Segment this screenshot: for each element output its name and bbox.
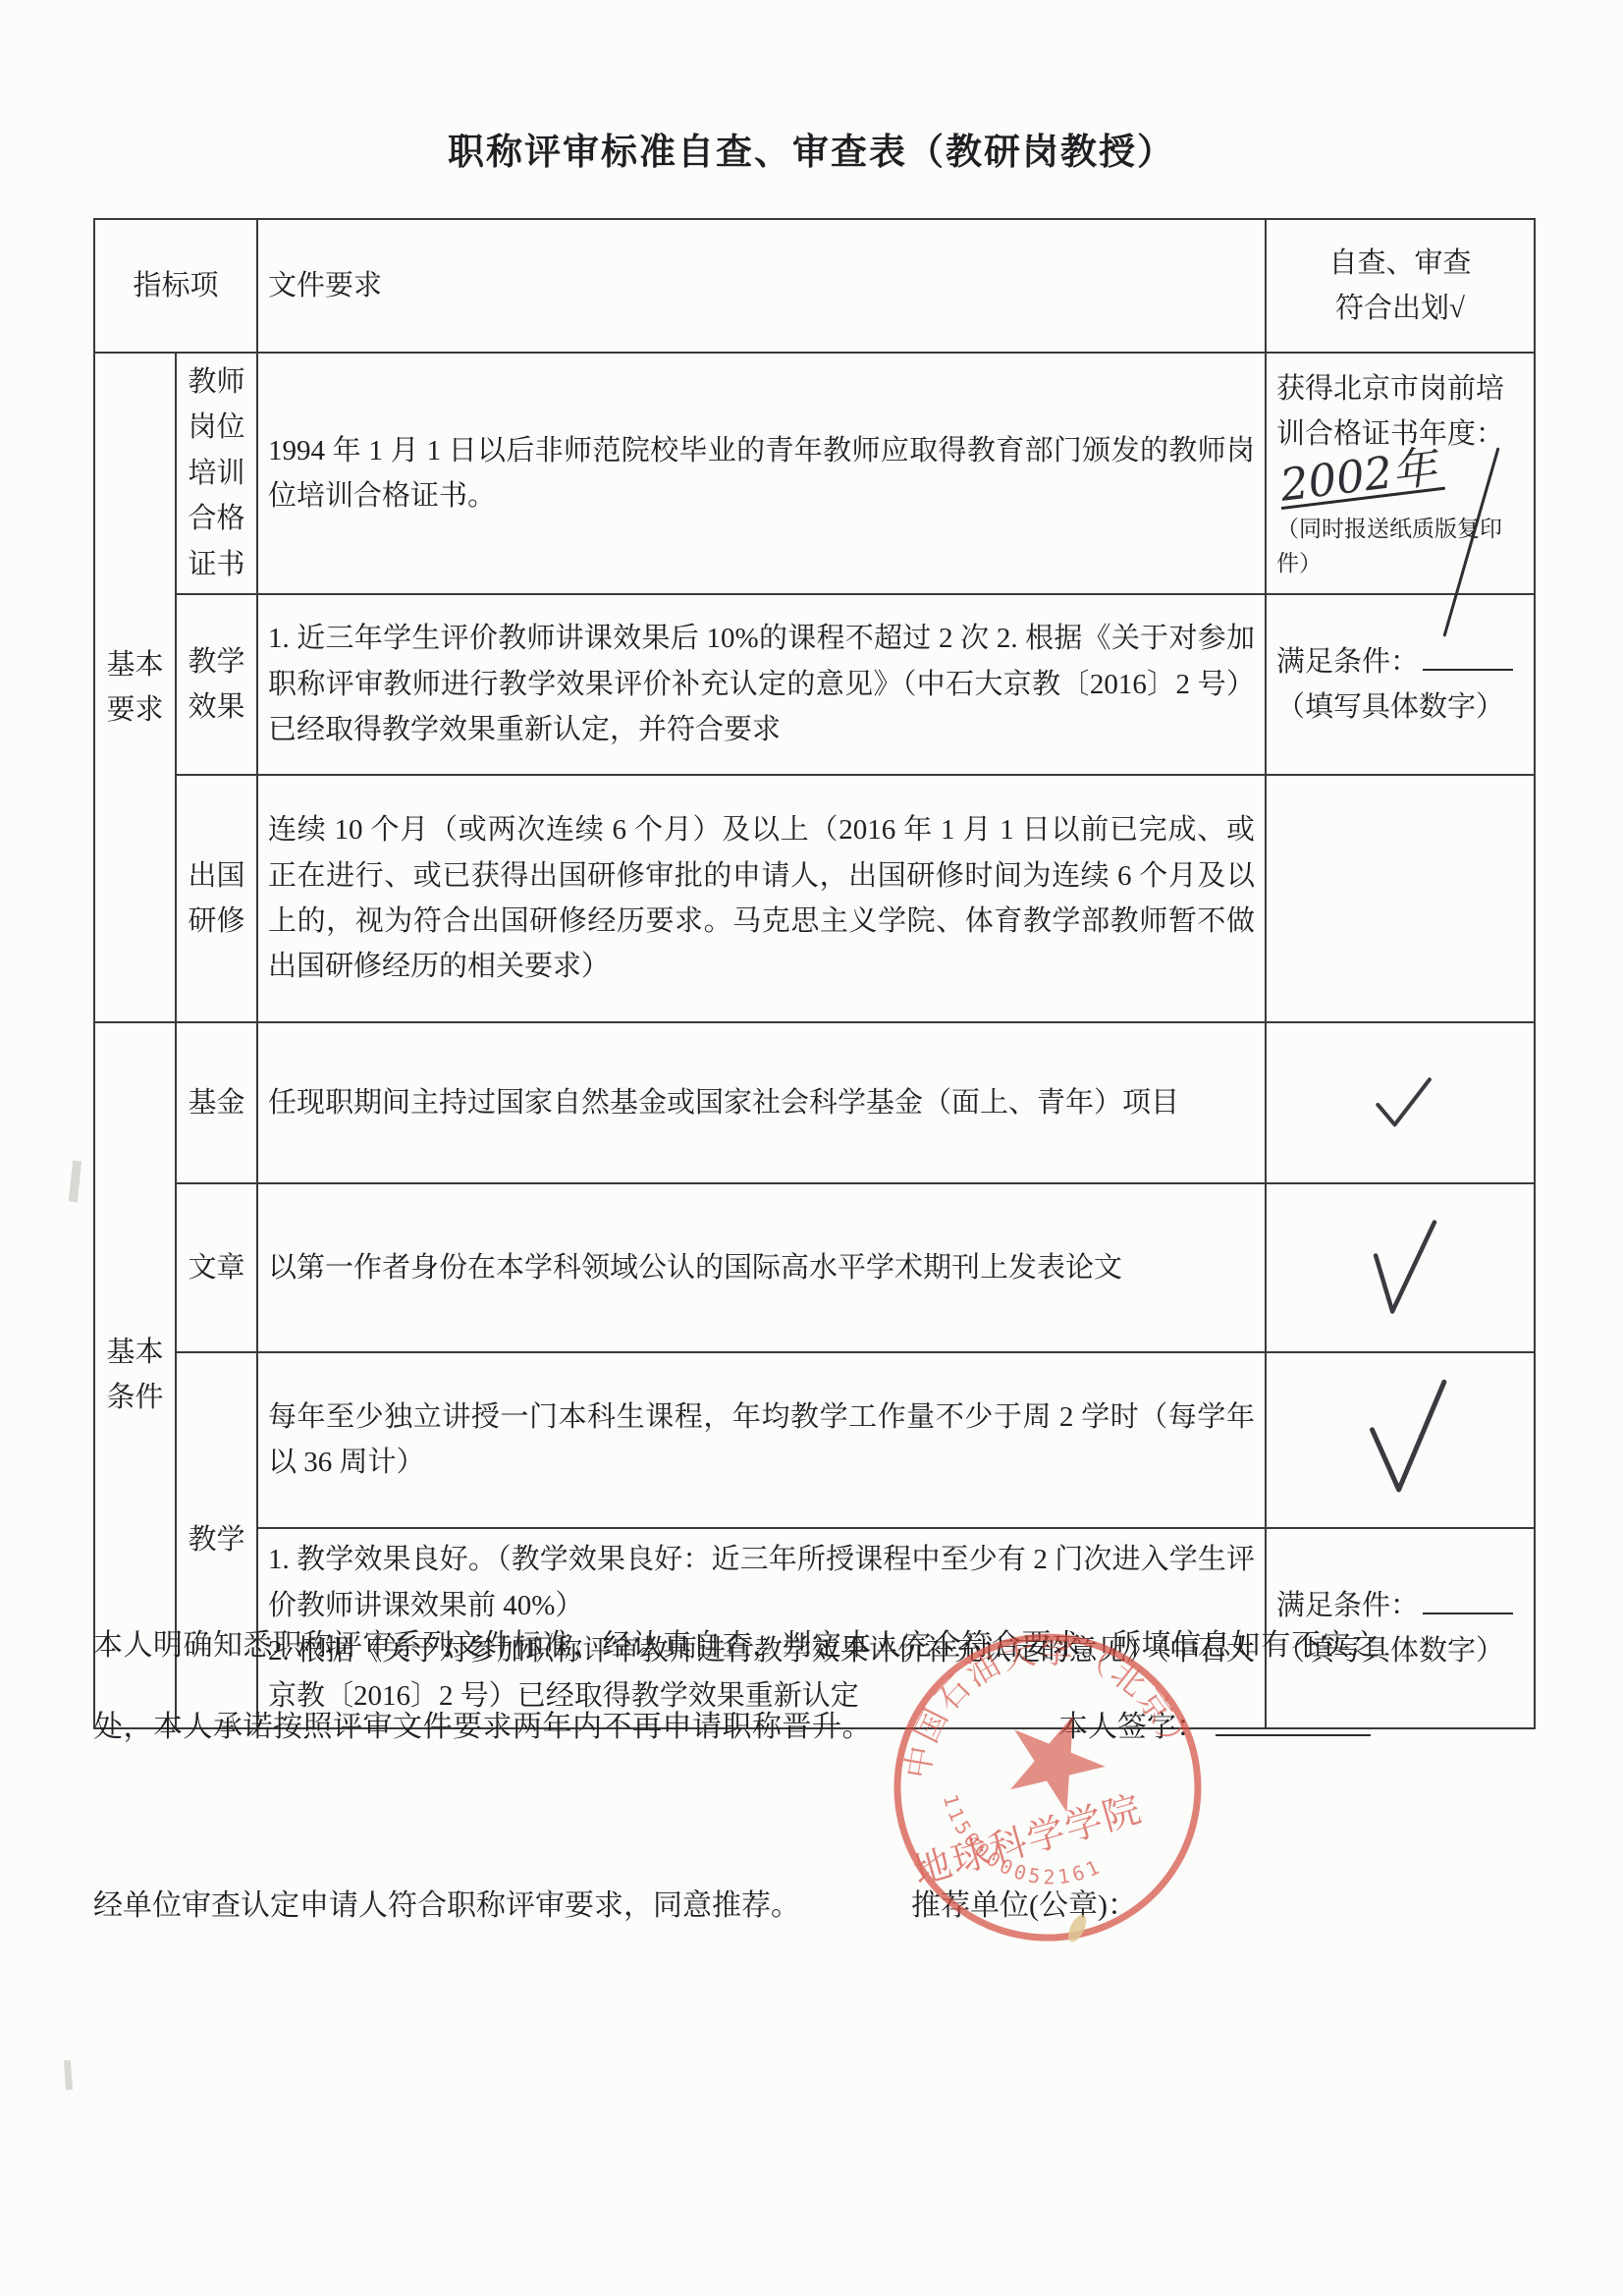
row-label-text: 出国研修 [187,853,246,945]
condition-label: 满足条件： [1276,646,1419,678]
condition-label: 满足条件： [1276,1590,1419,1621]
check-cell-fund [1266,1022,1535,1183]
group-label: 基本条件 [105,1330,165,1421]
seal-label: 推荐单位(公章)： [911,1881,1137,1924]
scan-smudge [69,1161,81,1203]
handwritten-year: 2002年 [1276,448,1445,510]
check-cell-certificate: 获得北京市岗前培训合格证书年度：2002年 （同时报送纸质版复印件） [1266,353,1535,594]
requirement-teaching-load: 每年至少独立讲授一门本科生课程，年均教学工作量不少于周 2 学时（每学年以 36… [257,1352,1266,1528]
row-label-text: 教师岗位培训合格证书 [187,359,246,587]
declaration-line-2: 处，本人承诺按照评审文件要求两年内不再申请职称晋升。 [93,1702,1075,1745]
requirement-teaching-effect: 1. 近三年学生评价教师讲课效果后 10%的课程不超过 2 次 2. 根据《关于… [257,594,1266,775]
check-cell-overseas-study [1266,775,1535,1022]
row-label-teaching: 教学 [176,1352,257,1728]
fill-in-blank [1423,1584,1513,1614]
row-label-certificate: 教师岗位培训合格证书 [176,353,257,594]
group-basic-requirements: 基本要求 [94,353,176,1022]
scan-smudge [64,2060,73,2090]
signature-line [1216,1705,1371,1736]
check-cell-articles [1266,1183,1535,1352]
header-check: 自查、审查 符合出划√ [1266,219,1535,353]
table-row: 文章 以第一作者身份在本学科领域公认的国际高水平学术期刊上发表论文 [94,1183,1535,1352]
table-row: 基本条件 基金 任现职期间主持过国家自然基金或国家社会科学基金（面上、青年）项目 [94,1022,1535,1183]
table-row: 教学效果 1. 近三年学生评价教师讲课效果后 10%的课程不超过 2 次 2. … [94,594,1535,775]
table-header-row: 指标项 文件要求 自查、审查 符合出划√ [94,219,1535,353]
check-cell-teaching-load [1266,1352,1535,1528]
row-label-articles: 文章 [176,1183,257,1352]
checkmark-icon [1364,1377,1454,1500]
row-label-text: 教学效果 [187,639,246,731]
row-label-fund: 基金 [176,1022,257,1183]
certificate-year-label: 获得北京市岗前培训合格证书年度： [1276,373,1504,450]
requirement-certificate: 1994 年 1 月 1 日以后非师范院校毕业的青年教师应取得教育部门颁发的教师… [257,353,1266,594]
checkmark-icon [1367,1214,1440,1322]
table-row: 出国研修 连续 10 个月（或两次连续 6 个月）及以上（2016 年 1 月 … [94,775,1535,1022]
signature-label: 本人签字： [1058,1711,1206,1743]
header-requirement: 文件要求 [257,219,1266,353]
header-indicator: 指标项 [94,219,257,353]
review-table: 指标项 文件要求 自查、审查 符合出划√ 基本要求 教师岗位培训合格证书 199… [93,218,1536,1729]
table-row: 基本要求 教师岗位培训合格证书 1994 年 1 月 1 日以后非师范院校毕业的… [94,353,1535,594]
row-label-teaching-effect: 教学效果 [176,594,257,775]
requirement-articles: 以第一作者身份在本学科领域公认的国际高水平学术期刊上发表论文 [257,1183,1266,1352]
row-label-overseas-study: 出国研修 [176,775,257,1022]
signature-block: 本人签字： [1058,1702,1371,1745]
check-cell-teaching-effect: 满足条件： （填写具体数字） [1266,594,1535,775]
page-title: 职称评审标准自查、审查表（教研岗教授） [0,122,1623,175]
checkmark-icon [1371,1073,1440,1133]
group-label: 基本要求 [105,642,165,734]
fill-in-blank [1423,640,1513,671]
certificate-note: （同时报送纸质版复印件） [1276,513,1524,580]
declaration-line-1: 本人明确知悉职称评审系列文件标准，经认真自查，判定本人完全符合要求。所填信息如有… [93,1620,1546,1664]
stamp-unit-text: 地球科学学院 [909,1788,1147,1893]
condition-note: （填写具体数字） [1276,684,1524,730]
table-row: 教学 每年至少独立讲授一门本科生课程，年均教学工作量不少于周 2 学时（每学年以… [94,1352,1535,1528]
requirement-overseas-study: 连续 10 个月（或两次连续 6 个月）及以上（2016 年 1 月 1 日以前… [257,775,1266,1022]
recommendation-text: 经单位审查认定申请人符合职称评审要求，同意推荐。 [93,1881,938,1924]
requirement-fund: 任现职期间主持过国家自然基金或国家社会科学基金（面上、青年）项目 [257,1022,1266,1183]
